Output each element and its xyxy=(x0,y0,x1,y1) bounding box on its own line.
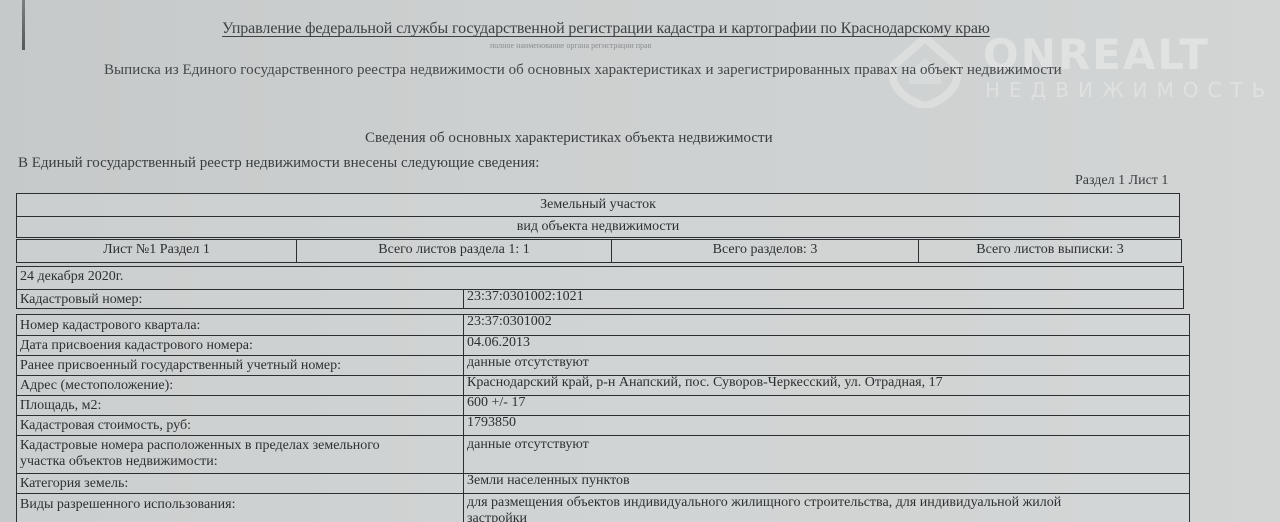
row-label: Категория земель: xyxy=(17,474,463,493)
watermark-subtitle: НЕДВИЖИМОСТЬ xyxy=(985,78,1274,102)
object-type-box: Земельный участок вид объекта недвижимос… xyxy=(16,193,1180,238)
row-value-line: для размещения объектов индивидуального … xyxy=(467,495,1189,511)
row-value: 23:37:0301002 xyxy=(463,315,1189,335)
table-row: Кадастровая стоимость, руб: 1793850 xyxy=(17,415,1189,435)
date-row: 24 декабря 2020г. xyxy=(17,267,1183,289)
table-row: Ранее присвоенный государственный учетны… xyxy=(17,355,1189,375)
extract-date: 24 декабря 2020г. xyxy=(17,267,1183,289)
table-row: Площадь, м2: 600 +/- 17 xyxy=(17,395,1189,415)
row-label: Площадь, м2: xyxy=(17,396,463,415)
cadastral-number-row: Кадастровый номер: 23:37:0301002:1021 xyxy=(17,289,1183,308)
paper-edge-mark xyxy=(22,0,25,50)
row-value: 1793850 xyxy=(463,416,1189,435)
row-value: Земли населенных пунктов xyxy=(463,474,1189,493)
date-box: 24 декабря 2020г. Кадастровый номер: 23:… xyxy=(16,266,1184,309)
intro-text: В Единый государственный реестр недвижим… xyxy=(18,155,539,172)
sheet-info-box: Лист №1 Раздел 1 Всего листов раздела 1:… xyxy=(16,239,1182,263)
registration-authority: Управление федеральной службы государств… xyxy=(222,20,990,38)
row-value: Краснодарский край, р-н Анапский, пос. С… xyxy=(463,376,1189,395)
row-value: 600 +/- 17 xyxy=(463,396,1189,415)
object-type-row: Земельный участок xyxy=(17,194,1179,216)
extract-title: Выписка из Единого государственного реес… xyxy=(104,62,1062,79)
row-label: Номер кадастрового квартала: xyxy=(17,315,463,335)
section-sheets-total: Всего листов раздела 1: 1 xyxy=(296,240,611,262)
table-row: Кадастровые номера расположенных в преде… xyxy=(17,435,1189,473)
row-label: Ранее присвоенный государственный учетны… xyxy=(17,356,463,375)
row-value: 04.06.2013 xyxy=(463,336,1189,355)
row-label: Кадастровые номера расположенных в преде… xyxy=(17,436,463,473)
row-label: Виды разрешенного использования: xyxy=(17,494,463,522)
row-value-line: застройки xyxy=(467,511,1189,522)
sheet-number: Лист №1 Раздел 1 xyxy=(17,240,296,262)
characteristics-table: Номер кадастрового квартала: 23:37:03010… xyxy=(16,314,1190,522)
row-value: данные отсутствуют xyxy=(463,356,1189,375)
section-title: Сведения об основных характеристиках объ… xyxy=(365,130,773,147)
cadastral-number-label: Кадастровый номер: xyxy=(17,290,463,308)
object-type-caption-row: вид объекта недвижимости xyxy=(17,216,1179,237)
table-row: Виды разрешенного использования: для раз… xyxy=(17,493,1189,522)
object-type-value: Земельный участок xyxy=(17,194,1179,216)
table-row: Адрес (местоположение): Краснодарский кр… xyxy=(17,375,1189,395)
table-row: Категория земель: Земли населенных пункт… xyxy=(17,473,1189,493)
extract-sheets-total: Всего листов выписки: 3 xyxy=(918,240,1181,262)
row-label: Адрес (местоположение): xyxy=(17,376,463,395)
object-type-caption: вид объекта недвижимости xyxy=(17,217,1179,237)
row-label-line: участка объектов недвижимости: xyxy=(20,454,463,470)
sections-total: Всего разделов: 3 xyxy=(611,240,918,262)
authority-caption: полное наименование органа регистрации п… xyxy=(490,41,651,50)
table-row: Номер кадастрового квартала: 23:37:03010… xyxy=(17,315,1189,335)
row-label-line: Кадастровые номера расположенных в преде… xyxy=(20,438,463,454)
row-value: для размещения объектов индивидуального … xyxy=(463,494,1189,522)
row-label: Дата присвоения кадастрового номера: xyxy=(17,336,463,355)
row-value: данные отсутствуют xyxy=(463,436,1189,473)
row-label: Кадастровая стоимость, руб: xyxy=(17,416,463,435)
cadastral-number-value: 23:37:0301002:1021 xyxy=(463,290,1183,308)
sheet-reference: Раздел 1 Лист 1 xyxy=(1075,173,1168,189)
table-row: Дата присвоения кадастрового номера: 04.… xyxy=(17,335,1189,355)
